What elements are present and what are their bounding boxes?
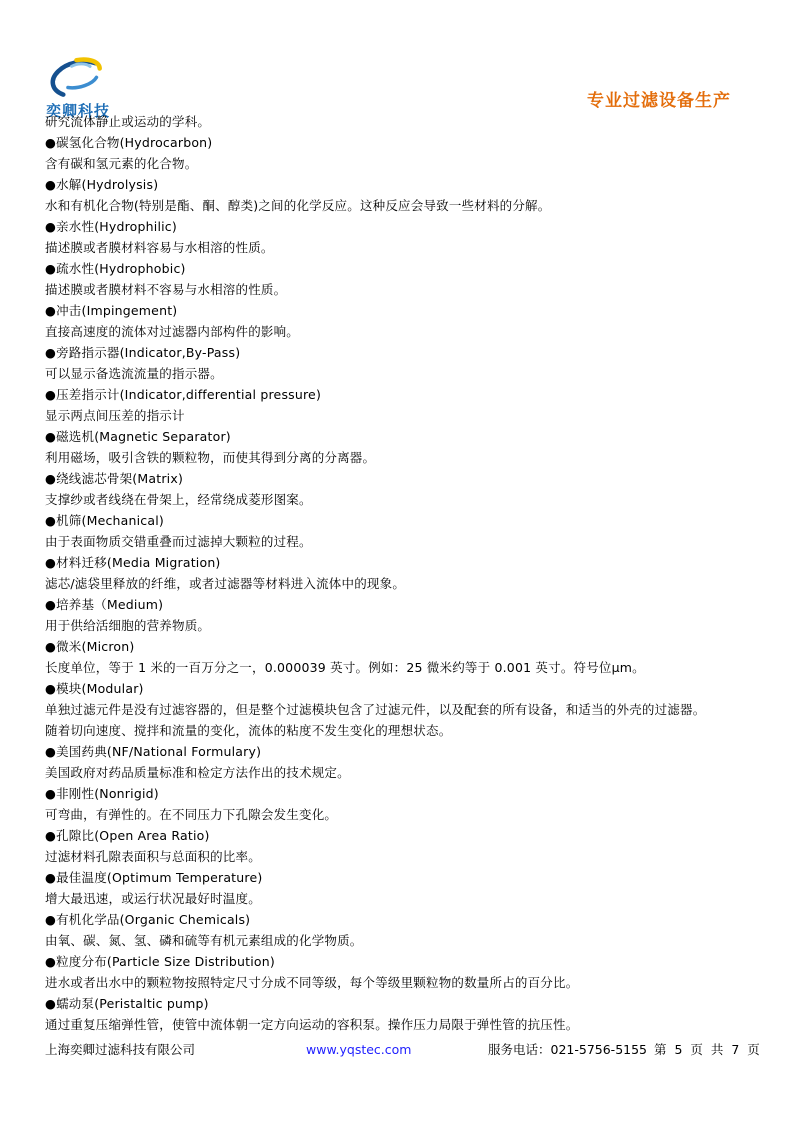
- glossary-line: ●微米(Micron): [45, 636, 775, 657]
- glossary-line: 美国政府对药品质量标准和检定方法作出的技术规定。: [45, 762, 775, 783]
- glossary-line: 可以显示备选流流量的指示器。: [45, 363, 775, 384]
- globe-logo-icon: [46, 55, 136, 99]
- glossary-line: 描述膜或者膜材料不容易与水相溶的性质。: [45, 279, 775, 300]
- glossary-content: 研究流体静止或运动的学科。●碳氢化合物(Hydrocarbon)含有碳和氢元素的…: [45, 111, 775, 1035]
- footer-page-number: 第 5 页 共 7 页: [654, 1040, 762, 1060]
- glossary-line: ●模块(Modular): [45, 678, 775, 699]
- footer-service-phone: 服务电话：021-5756-5155: [488, 1040, 647, 1060]
- glossary-line: 过滤材料孔隙表面积与总面积的比率。: [45, 846, 775, 867]
- footer-company-name: 上海奕卿过滤科技有限公司: [45, 1040, 195, 1060]
- page-footer: 上海奕卿过滤科技有限公司 www.yqstec.com 服务电话：021-575…: [0, 1040, 793, 1064]
- glossary-line: 利用磁场，吸引含铁的颗粒物，而使其得到分离的分离器。: [45, 447, 775, 468]
- glossary-line: ●水解(Hydrolysis): [45, 174, 775, 195]
- glossary-line: 长度单位，等于 1 米的一百万分之一，0.000039 英寸。例如：25 微米约…: [45, 657, 775, 678]
- glossary-line: 可弯曲，有弹性的。在不同压力下孔隙会发生变化。: [45, 804, 775, 825]
- glossary-lines: 研究流体静止或运动的学科。●碳氢化合物(Hydrocarbon)含有碳和氢元素的…: [45, 111, 775, 1035]
- glossary-line: ●美国药典(NF/National Formulary): [45, 741, 775, 762]
- glossary-line: 描述膜或者膜材料容易与水相溶的性质。: [45, 237, 775, 258]
- glossary-line: ●材料迁移(Media Migration): [45, 552, 775, 573]
- glossary-line: ●粒度分布(Particle Size Distribution): [45, 951, 775, 972]
- glossary-line: 含有碳和氢元素的化合物。: [45, 153, 775, 174]
- glossary-line: 直接高速度的流体对过滤器内部构件的影响。: [45, 321, 775, 342]
- glossary-line: 通过重复压缩弹性管，使管中流体朝一定方向运动的容积泵。操作压力局限于弹性管的抗压…: [45, 1014, 775, 1035]
- glossary-line: 研究流体静止或运动的学科。: [45, 111, 775, 132]
- glossary-line: 显示两点间压差的指示计: [45, 405, 775, 426]
- glossary-line: 进水或者出水中的颗粒物按照特定尺寸分成不同等级，每个等级里颗粒物的数量所占的百分…: [45, 972, 775, 993]
- glossary-line: ●冲击(Impingement): [45, 300, 775, 321]
- glossary-line: ●有机化学品(Organic Chemicals): [45, 909, 775, 930]
- glossary-line: ●疏水性(Hydrophobic): [45, 258, 775, 279]
- glossary-line: ●蠕动泵(Peristaltic pump): [45, 993, 775, 1014]
- glossary-line: 由于表面物质交错重叠而过滤掉大颗粒的过程。: [45, 531, 775, 552]
- glossary-line: 用于供给活细胞的营养物质。: [45, 615, 775, 636]
- page-header: 奕卿科技 专业过滤设备生产: [0, 0, 793, 112]
- glossary-line: ●绕线滤芯骨架(Matrix): [45, 468, 775, 489]
- footer-website-link[interactable]: www.yqstec.com: [306, 1040, 411, 1060]
- glossary-line: 由氧、碳、氮、氢、磷和硫等有机元素组成的化学物质。: [45, 930, 775, 951]
- glossary-line: 增大最迅速，或运行状况最好时温度。: [45, 888, 775, 909]
- glossary-line: ●非刚性(Nonrigid): [45, 783, 775, 804]
- glossary-line: 随着切向速度、搅拌和流量的变化，流体的粘度不发生变化的理想状态。: [45, 720, 775, 741]
- glossary-line: ●压差指示计(Indicator,differential pressure): [45, 384, 775, 405]
- glossary-line: ●机筛(Mechanical): [45, 510, 775, 531]
- glossary-line: 支撑纱或者线绕在骨架上，经常绕成菱形图案。: [45, 489, 775, 510]
- glossary-line: ●培养基（Medium): [45, 594, 775, 615]
- glossary-line: ●孔隙比(Open Area Ratio): [45, 825, 775, 846]
- glossary-line: ●亲水性(Hydrophilic): [45, 216, 775, 237]
- glossary-line: ●旁路指示器(Indicator,By-Pass): [45, 342, 775, 363]
- glossary-line: 水和有机化合物(特别是酯、酮、醇类)之间的化学反应。这种反应会导致一些材料的分解…: [45, 195, 775, 216]
- glossary-line: 单独过滤元件是没有过滤容器的，但是整个过滤模块包含了过滤元件，以及配套的所有设备…: [45, 699, 775, 720]
- glossary-line: ●碳氢化合物(Hydrocarbon): [45, 132, 775, 153]
- glossary-line: ●最佳温度(Optimum Temperature): [45, 867, 775, 888]
- header-tagline: 专业过滤设备生产: [587, 86, 731, 111]
- document-page: 奕卿科技 专业过滤设备生产 研究流体静止或运动的学科。●碳氢化合物(Hydroc…: [0, 0, 793, 1122]
- glossary-line: ●磁选机(Magnetic Separator): [45, 426, 775, 447]
- glossary-line: 滤芯/滤袋里释放的纤维，或者过滤器等材料进入流体中的现象。: [45, 573, 775, 594]
